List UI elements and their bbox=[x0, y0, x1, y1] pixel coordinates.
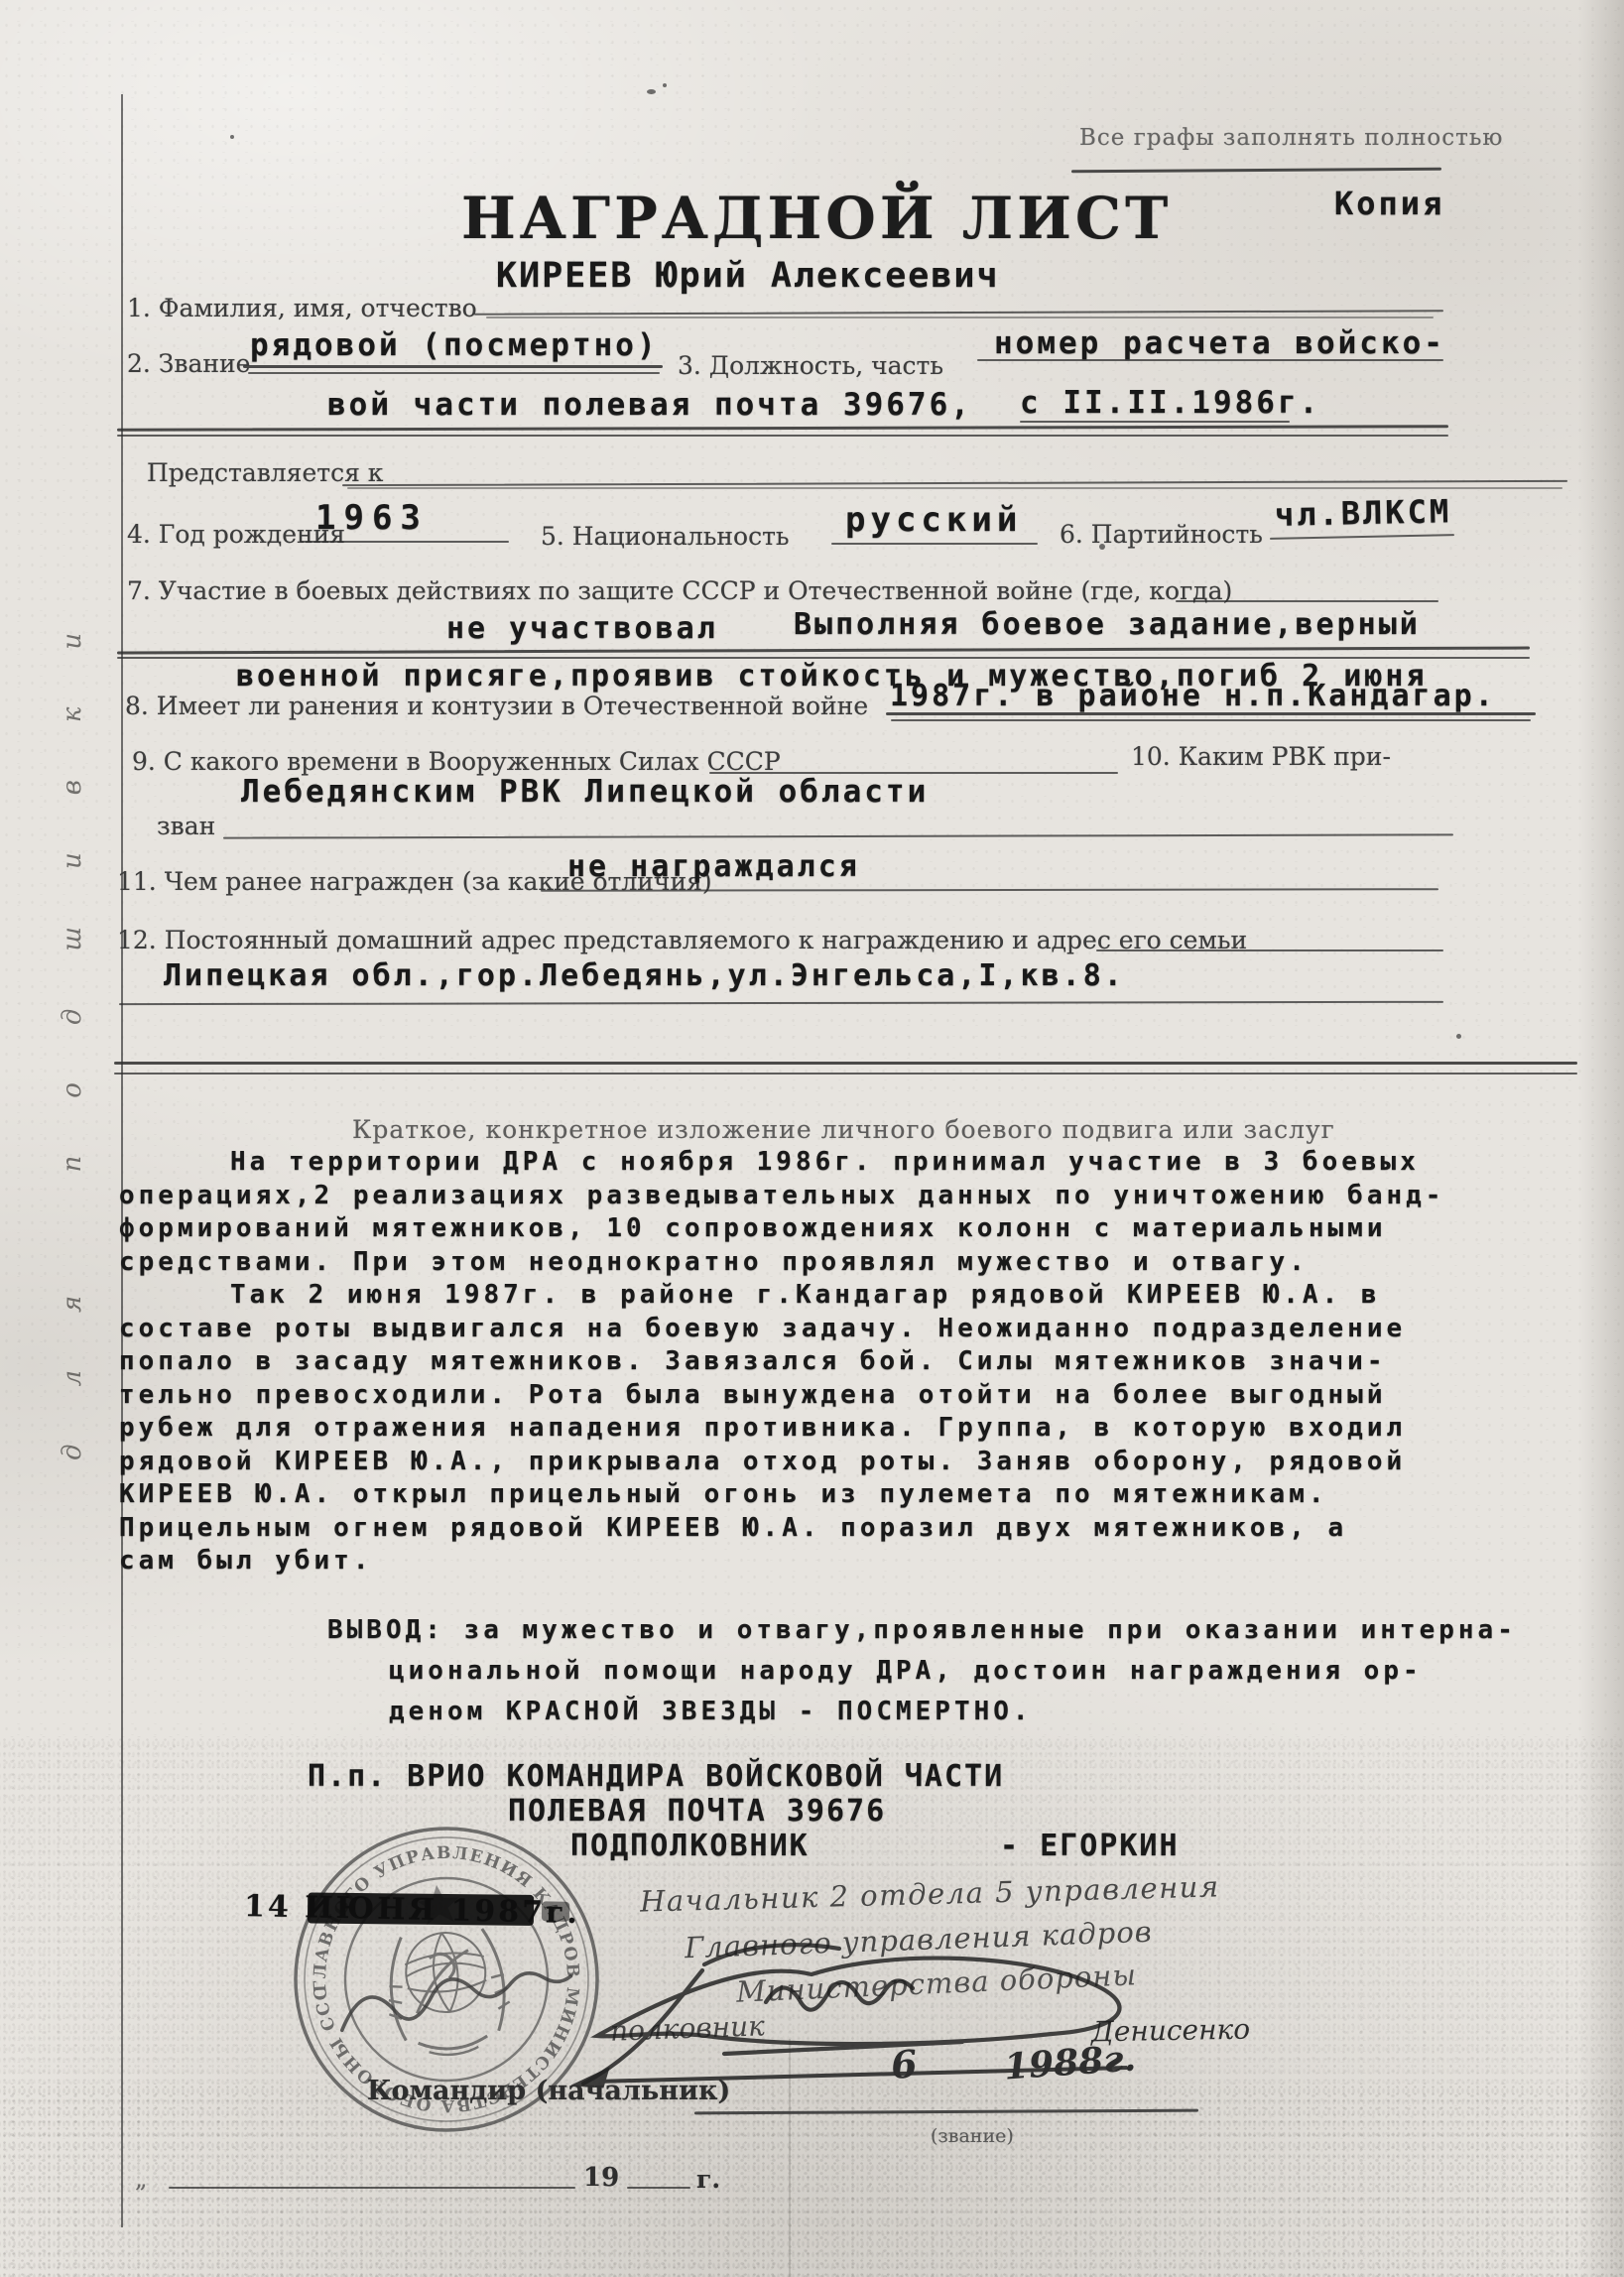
field2-label: 2. Звание bbox=[127, 349, 250, 378]
field6-label: 6. Партийность bbox=[1060, 520, 1263, 549]
citation-line: операциях,2 реализациях разведывательных… bbox=[119, 1181, 1444, 1210]
document-title: НАГРАДНОЙ ЛИСТ bbox=[461, 185, 1172, 252]
citation-line: На территории ДРА с ноября 1986г. приним… bbox=[119, 1147, 1420, 1177]
commander-line bbox=[694, 2109, 1198, 2115]
field4-line bbox=[301, 541, 509, 543]
awardee-name: КИРЕЕВ Юрий Алексеевич bbox=[496, 256, 1000, 296]
pp-line1: П.п. ВРИО КОМАНДИРА ВОЙСКОВОЙ ЧАСТИ bbox=[308, 1759, 1004, 1794]
field10-label: 10. Каким РВК при- bbox=[1131, 742, 1391, 771]
pp-name: - ЕГОРКИН bbox=[1000, 1829, 1180, 1863]
rank-caption: (звание) bbox=[931, 2125, 1014, 2147]
field8-underline1 bbox=[886, 712, 1536, 715]
submitted-for-line2 bbox=[347, 487, 1562, 489]
field2-underline2 bbox=[248, 372, 660, 374]
field10-label-cont: зван bbox=[157, 812, 215, 840]
header-note-underline bbox=[1071, 168, 1441, 174]
ink-speck bbox=[647, 89, 656, 94]
field7-label: 7. Участие в боевых действиях по защите … bbox=[127, 576, 1232, 605]
separator-rule1 bbox=[114, 1062, 1577, 1065]
commander-label: Командир (начальник) bbox=[367, 2076, 730, 2106]
day-quote-mark: „ bbox=[135, 2165, 147, 2193]
field6-line bbox=[1270, 534, 1454, 540]
citation-line: Прицельным огнем рядовой КИРЕЕВ Ю.А. пор… bbox=[119, 1513, 1347, 1543]
field10-value: Лебедянским РВК Липецкой области bbox=[241, 774, 929, 810]
field6-value: чл.ВЛКСМ bbox=[1275, 492, 1452, 534]
hand-date-day: 6 bbox=[889, 2041, 919, 2087]
ink-blob bbox=[308, 1893, 534, 1926]
field10-line bbox=[223, 833, 1453, 838]
field5-label: 5. Национальность bbox=[541, 522, 790, 551]
field5-line bbox=[831, 543, 1038, 545]
citation-line: рядовой КИРЕЕВ Ю.А., прикрывала отход ро… bbox=[119, 1447, 1406, 1476]
separator-rule2 bbox=[114, 1073, 1577, 1075]
field3-value-line2: вой части полевая почта 39676, bbox=[327, 387, 972, 423]
scan-edge-shadow bbox=[1578, 0, 1624, 2277]
field12-line2 bbox=[119, 1001, 1443, 1005]
citation-line: составе роты выдвигался на боевую задачу… bbox=[119, 1314, 1406, 1343]
copy-stamp-label: Копия bbox=[1334, 185, 1444, 222]
citation-line: Так 2 июня 1987г. в районе г.Кандагар ря… bbox=[119, 1280, 1381, 1310]
field3-value-line1: номер расчета войско- bbox=[994, 325, 1445, 361]
field11-line bbox=[541, 888, 1438, 892]
field1-line bbox=[474, 310, 1443, 315]
citation-line: формирований мятежников, 10 сопровождени… bbox=[119, 1213, 1386, 1243]
field7-extra-line1: Выполняя боевое задание,верный bbox=[794, 607, 1421, 642]
pp-rank: ПОДПОЛКОВНИК bbox=[570, 1829, 810, 1863]
conclusion-line: ВЫВОД: за мужество и отвагу,проявленные … bbox=[327, 1615, 1517, 1645]
citation-heading: Краткое, конкретное изложение личного бо… bbox=[352, 1115, 1335, 1144]
footer-year-prefix: 19 bbox=[583, 2163, 619, 2193]
footer-date-line1 bbox=[169, 2187, 575, 2189]
row3-rule1 bbox=[117, 425, 1448, 432]
field3-value-date: с II.II.1986г. bbox=[1020, 385, 1320, 421]
citation-line: средствами. При этом неоднократно проявл… bbox=[119, 1247, 1309, 1277]
citation-line: тельно превосходили. Рота была вынуждена… bbox=[119, 1380, 1386, 1410]
field5-value: русский bbox=[845, 500, 1022, 540]
submitted-for-line bbox=[342, 480, 1567, 486]
field2-value: рядовой (посмертно) bbox=[250, 327, 659, 363]
row3-rule2 bbox=[117, 435, 1448, 437]
citation-line: КИРЕЕВ Ю.А. открыл прицельный огонь из п… bbox=[119, 1479, 1328, 1509]
field7-value: не участвовал bbox=[446, 611, 718, 646]
field1-line2 bbox=[486, 316, 1434, 318]
field3-line bbox=[977, 359, 1443, 361]
date-stamp: 14 ИЮНЯ 1987г. bbox=[244, 1887, 627, 1937]
ink-speck bbox=[663, 83, 667, 87]
conclusion-line: циональной помощи народу ДРА, достоин на… bbox=[389, 1656, 1423, 1686]
field9-label: 9. С какого времени в Вооруженных Силах … bbox=[132, 747, 781, 776]
field12-label: 12. Постоянный домашний адрес представля… bbox=[117, 926, 1247, 954]
conclusion-line: деном КРАСНОЙ ЗВЕЗДЫ - ПОСМЕРТНО. bbox=[389, 1697, 1033, 1726]
fill-all-fields-note: Все графы заполнять полностью bbox=[1079, 125, 1503, 151]
field2-underline1 bbox=[243, 365, 663, 368]
ink-speck bbox=[1456, 1034, 1461, 1039]
field8-value: 1987г. в районе н.п.Кандагар. bbox=[890, 679, 1496, 713]
citation-line: рубеж для отражения нападения противника… bbox=[119, 1413, 1406, 1443]
margin-filing-note: для подшивки bbox=[58, 575, 87, 1460]
field11-value: не награждался bbox=[567, 849, 860, 884]
submitted-for-label: Представляется к bbox=[147, 458, 383, 487]
field12-value: Липецкая обл.,гор.Лебедянь,ул.Энгельса,I… bbox=[164, 958, 1125, 993]
field8-label: 8. Имеет ли ранения и контузии в Отечест… bbox=[125, 692, 868, 720]
footer-year-suffix: г. bbox=[696, 2165, 720, 2194]
field1-label: 1. Фамилия, имя, отчество bbox=[127, 294, 477, 322]
citation-line: попало в засаду мятежников. Завязался бо… bbox=[119, 1346, 1386, 1376]
field12-line1 bbox=[1096, 949, 1443, 951]
ink-blob bbox=[542, 1901, 569, 1922]
field4-value: 1963 bbox=[315, 498, 429, 538]
field3-label: 3. Должность, часть bbox=[678, 351, 943, 380]
citation-line: сам был убит. bbox=[119, 1546, 373, 1576]
footer-date-line2 bbox=[627, 2187, 690, 2189]
approval-hand-line1: Начальник 2 отдела 5 управления bbox=[640, 1869, 1220, 1918]
field4-label: 4. Год рождения bbox=[127, 520, 345, 549]
row7-rule1 bbox=[117, 647, 1530, 655]
award-sheet-page: для подшивки Все графы заполнять полност… bbox=[0, 0, 1624, 2277]
ink-speck bbox=[230, 135, 234, 139]
field7-line bbox=[1176, 600, 1438, 602]
field8-underline2 bbox=[891, 719, 1531, 721]
date-underline bbox=[1020, 421, 1290, 423]
